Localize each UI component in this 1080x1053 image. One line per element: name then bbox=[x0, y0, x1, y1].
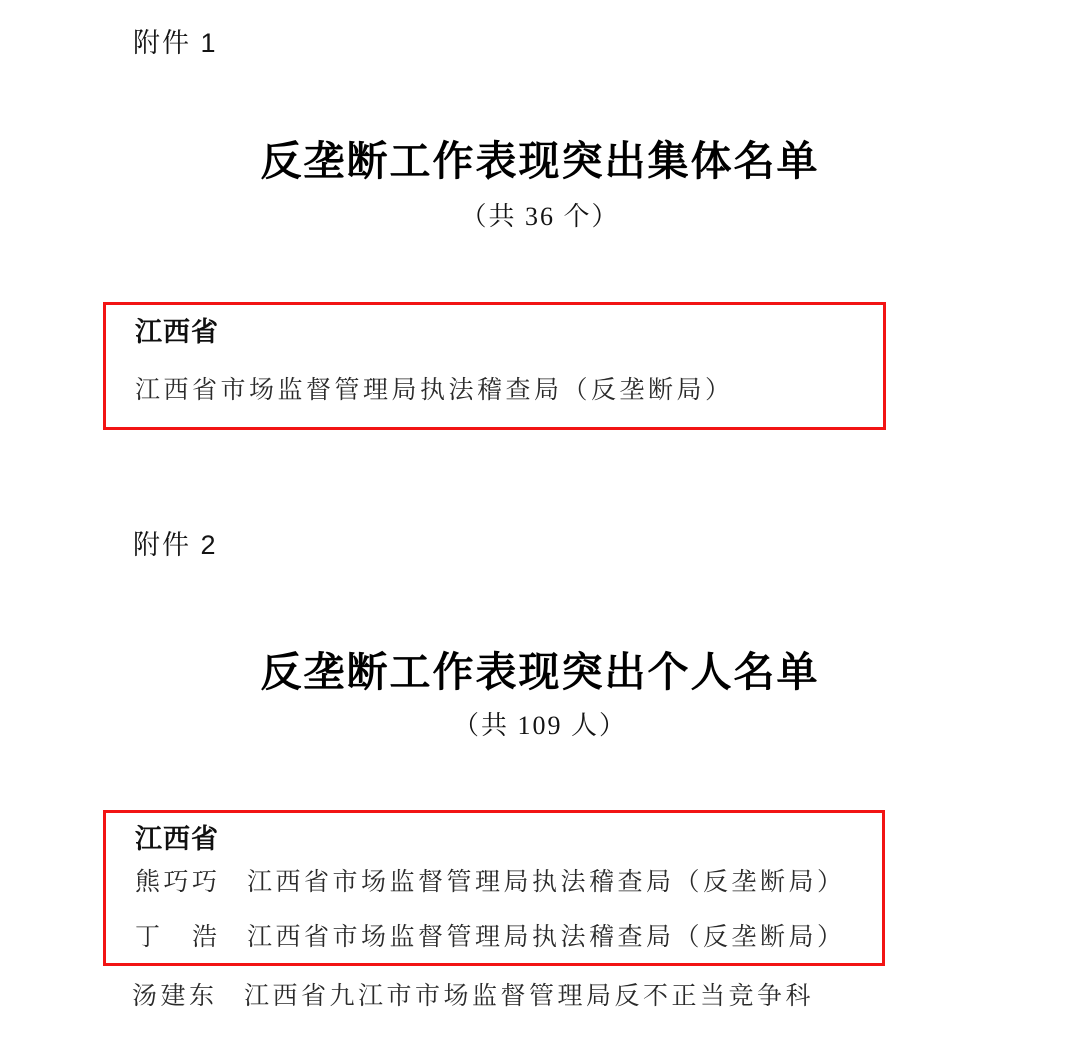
person-entry-row: 汤建东江西省九江市市场监督管理局反不正当竞争科 bbox=[132, 984, 814, 1009]
person-org: 江西省九江市市场监督管理局反不正当竞争科 bbox=[244, 983, 814, 1010]
attachment-1-region-heading: 江西省 bbox=[135, 319, 219, 346]
person-name: 熊巧巧 bbox=[135, 870, 247, 895]
person-entry-row: 熊巧巧江西省市场监督管理局执法稽查局（反垄断局） bbox=[135, 870, 846, 895]
attachment-1-label: 附件 1 bbox=[133, 30, 218, 57]
person-entry-row: 丁 浩江西省市场监督管理局执法稽查局（反垄断局） bbox=[135, 925, 846, 950]
attachment-2-label: 附件 2 bbox=[133, 532, 218, 559]
person-org: 江西省市场监督管理局执法稽查局（反垄断局） bbox=[247, 924, 846, 951]
attachment-2-region-heading: 江西省 bbox=[135, 826, 219, 853]
attachment-2-highlight-box: 江西省 熊巧巧江西省市场监督管理局执法稽查局（反垄断局） 丁 浩江西省市场监督管… bbox=[103, 810, 885, 966]
document-page: 附件 1 反垄断工作表现突出集体名单 （共 36 个） 江西省 江西省市场监督管… bbox=[0, 0, 1080, 1053]
person-name: 汤建东 bbox=[132, 984, 244, 1009]
attachment-1-highlight-box: 江西省 江西省市场监督管理局执法稽查局（反垄断局） bbox=[103, 302, 886, 430]
person-org: 江西省市场监督管理局执法稽查局（反垄断局） bbox=[247, 869, 846, 896]
attachment-1-title: 反垄断工作表现突出集体名单 bbox=[0, 141, 1080, 182]
person-name: 丁 浩 bbox=[135, 925, 247, 950]
attachment-2-title: 反垄断工作表现突出个人名单 bbox=[0, 652, 1080, 693]
attachment-1-collective-entry: 江西省市场监督管理局执法稽查局（反垄断局） bbox=[135, 378, 734, 403]
attachment-1-subtitle: （共 36 个） bbox=[0, 204, 1080, 230]
attachment-2-subtitle: （共 109 人） bbox=[0, 713, 1080, 739]
